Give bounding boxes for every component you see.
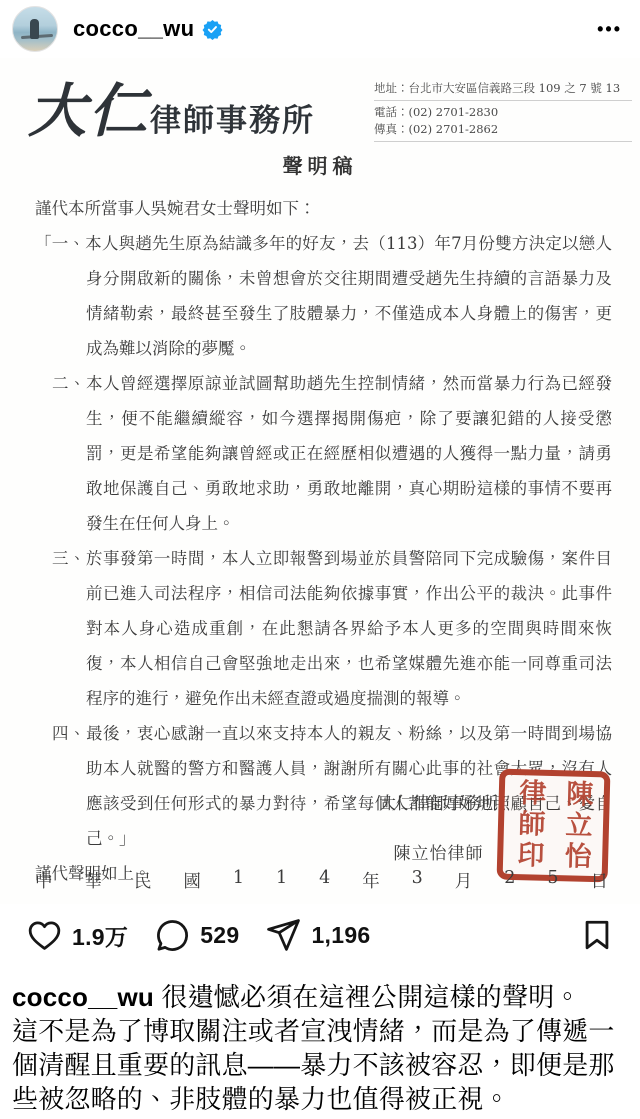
date-char: 國: [183, 868, 201, 893]
roc-date-line: 中 華 民 國 1 1 4 年 3 月 2 5 日: [35, 868, 608, 893]
share-plane-icon: [265, 917, 302, 954]
law-firm-logo-suffix: 律師事務所: [150, 103, 315, 139]
date-char: 年: [362, 868, 380, 893]
share-button[interactable]: 1,196: [265, 917, 370, 954]
date-char: 4: [319, 868, 330, 893]
bookmark-icon: [580, 918, 614, 952]
date-char: 1: [276, 868, 287, 893]
statement-clause-3: 三、於事發第一時間，本人立即報警到場並於員警陪同下完成驗傷，案件目前已進入司法程…: [35, 541, 612, 716]
post-media-statement-document[interactable]: 大仁律師事務所 地址：台北市大安區信義路三段 109 之 7 號 13 電話：(…: [0, 58, 640, 904]
letterhead-address: 地址：台北市大安區信義路三段 109 之 7 號 13: [374, 80, 632, 97]
letterhead-contact-block: 地址：台北市大安區信義路三段 109 之 7 號 13 電話：(02) 2701…: [374, 80, 632, 145]
date-char: 3: [412, 868, 423, 893]
instagram-post: cocco__wu ••• 大仁律師事務所 地址：台北市大安區信義路三段 109…: [0, 0, 640, 1119]
date-char: 中: [35, 868, 53, 893]
date-char: 1: [233, 868, 244, 893]
comment-count[interactable]: 529: [200, 922, 239, 949]
save-button[interactable]: [580, 918, 614, 952]
date-char: 5: [547, 868, 558, 893]
verified-badge-icon: [202, 19, 223, 40]
like-count[interactable]: 1.9万: [72, 919, 128, 952]
statement-title: 聲明稿: [0, 150, 640, 179]
username-link[interactable]: cocco__wu: [73, 16, 194, 42]
letterhead-divider: [374, 100, 632, 101]
date-char: 2: [504, 868, 515, 893]
signature-firm-name: 大仁律師事務所: [379, 794, 498, 814]
letterhead-fax: 傳真：(02) 2701-2862: [374, 121, 632, 138]
comment-button[interactable]: 529: [154, 917, 239, 954]
date-char: 月: [455, 868, 473, 893]
clause-2-marker: 二、: [35, 374, 86, 393]
post-header: cocco__wu •••: [0, 0, 640, 58]
heart-icon: [26, 917, 63, 954]
post-caption: cocco__wu 很遺憾必須在這裡公開這樣的聲明。 這不是為了博取關注或者宣洩…: [12, 980, 634, 1116]
signature-lawyer-name: 陳立怡律師: [379, 844, 498, 864]
date-char: 民: [134, 868, 152, 893]
clause-1-marker: 「一、: [35, 234, 85, 253]
law-firm-logo-calligraphy: 大仁: [28, 77, 150, 145]
clause-4-marker: 四、: [35, 724, 86, 743]
avatar-person-silhouette: [30, 19, 39, 39]
statement-intro: 謹代本所當事人吳婉君女士聲明如下：: [35, 191, 612, 226]
action-bar: 1.9万 529 1,196: [0, 904, 640, 966]
clause-2-text: 本人曾經選擇原諒並試圖幫助趙先生控制情緒，然而當暴力行為已經發生，便不能繼續縱容…: [86, 374, 612, 533]
letterhead-divider-bottom: [374, 141, 632, 142]
statement-clause-2: 二、本人曾經選擇原諒並試圖幫助趙先生控制情緒，然而當暴力行為已經發生，便不能繼續…: [35, 366, 612, 541]
date-char: 華: [84, 868, 102, 893]
caption-line-1: 很遺憾必須在這裡公開這樣的聲明。: [154, 982, 581, 1012]
clause-3-text: 於事發第一時間，本人立即報警到場並於員警陪同下完成驗傷，案件目前已進入司法程序，…: [86, 549, 612, 708]
law-firm-logo: 大仁律師事務所: [28, 64, 315, 148]
clause-1-text: 本人與趙先生原為結識多年的好友，去（113）年7月份雙方決定以戀人身分開啟新的關…: [85, 234, 612, 358]
lawyer-red-seal: 陳立怡律師印: [497, 769, 611, 883]
date-char: 日: [590, 868, 608, 893]
comment-icon: [154, 917, 191, 954]
seal-characters: 陳立怡律師印: [504, 775, 603, 876]
caption-username-link[interactable]: cocco__wu: [12, 982, 154, 1012]
caption-line-2: 這不是為了博取關注或者宣洩情緒，而是為了傳遞一個清醒且重要的訊息——暴力不該被容…: [12, 1014, 634, 1116]
username-row: cocco__wu: [73, 16, 223, 42]
letterhead-phone: 電話：(02) 2701-2830: [374, 104, 632, 121]
signature-block: 大仁律師事務所 陳立怡律師: [379, 794, 498, 864]
avatar[interactable]: [12, 6, 58, 52]
like-button[interactable]: 1.9万: [26, 917, 128, 954]
share-count[interactable]: 1,196: [311, 922, 370, 949]
clause-3-marker: 三、: [35, 549, 86, 568]
statement-clause-1: 「一、本人與趙先生原為結識多年的好友，去（113）年7月份雙方決定以戀人身分開啟…: [35, 226, 612, 366]
more-options-icon[interactable]: •••: [597, 19, 622, 40]
